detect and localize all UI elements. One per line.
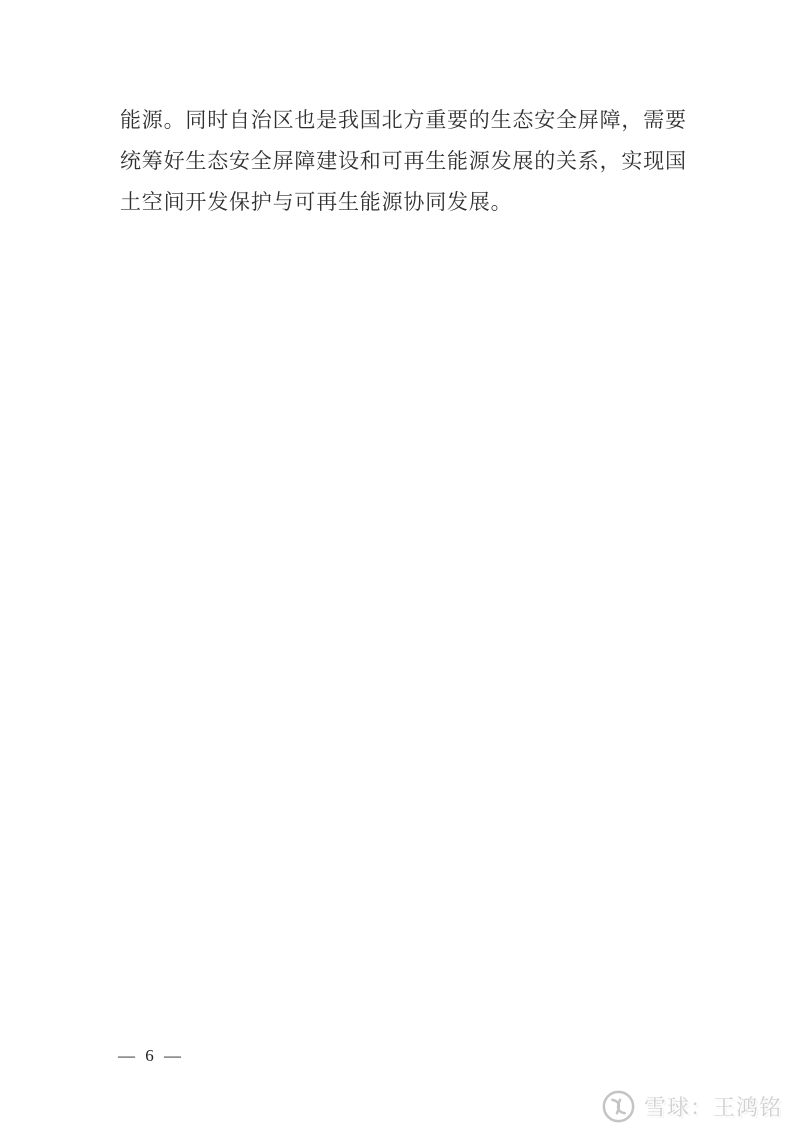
paragraph-line-2: 统筹好生态安全屏障建设和可再生能源发展的关系，实现国	[120, 141, 692, 182]
document-page: 能源。同时自治区也是我国北方重要的生态安全屏障，需要 统筹好生态安全屏障建设和可…	[0, 0, 800, 1132]
paragraph-line-3: 土空间开发保护与可再生能源协同发展。	[120, 182, 692, 223]
paragraph-line-1: 能源。同时自治区也是我国北方重要的生态安全屏障，需要	[120, 100, 692, 141]
paragraph: 能源。同时自治区也是我国北方重要的生态安全屏障，需要 统筹好生态安全屏障建设和可…	[120, 100, 692, 223]
watermark: 雪球：王鸿铭	[602, 1089, 782, 1123]
page-number: — 6 —	[118, 1046, 184, 1066]
watermark-label: 雪球：王鸿铭	[644, 1091, 782, 1122]
xueqiu-logo-icon	[602, 1090, 635, 1123]
